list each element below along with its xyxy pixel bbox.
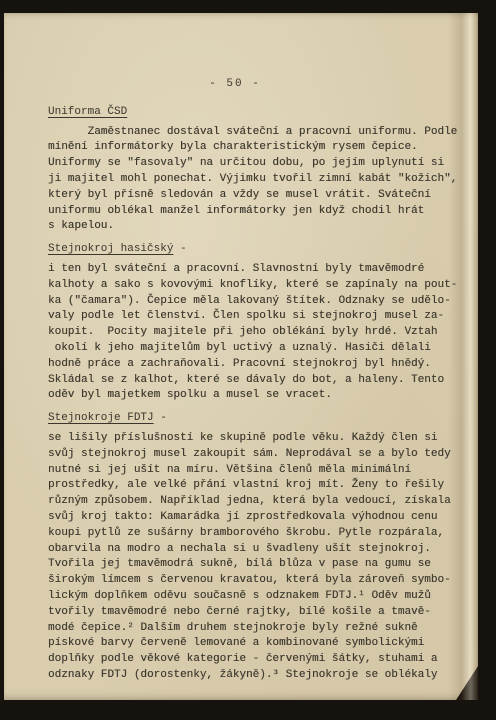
text-line: i ten byl sváteční a pracovní. Slavnostn… — [48, 262, 452, 278]
text-line: širokým límcem s červenou kravatou, kter… — [48, 573, 452, 589]
text-line: lickým doplňkem oděvu současně s odznake… — [48, 589, 452, 605]
text-line: ka ("čamara"). Čepice měla lakovaný štít… — [48, 294, 452, 310]
text-line: mínění informátorky byla charakteristick… — [48, 140, 452, 156]
section-heading-suffix: - — [154, 412, 167, 424]
section-stejnokroj-hasicsky: Stejnokroj hasičský - i ten byl sváteční… — [48, 242, 452, 404]
text-line: pískové barvy červeně lemované a kombino… — [48, 636, 452, 652]
text-line: valy podle let členství. Člen spolku si … — [48, 309, 452, 325]
text-line: tvořily tmavěmodré nebo černé rajtky, bí… — [48, 605, 452, 621]
text-line: modé čepice.² Dalším druhem stejnokroje … — [48, 621, 452, 637]
section-heading-text: Uniforma ČSD — [48, 106, 127, 118]
scanned-page: - 50 - Uniforma ČSD Zaměstnanec dostával… — [4, 13, 478, 700]
text-line: uniformu oblékal manžel informátorky jen… — [48, 204, 452, 220]
text-line: koupit. Pocity majitele při jeho oblékán… — [48, 325, 452, 341]
text-line: hodně práce a zachraňovali. Pracovní ste… — [48, 357, 452, 373]
page-corner-cut — [456, 666, 478, 700]
section-body: se lišily příslušností ke skupině podle … — [48, 431, 452, 684]
text-line: ji majitel mohl ponechat. Výjimku tvořil… — [48, 172, 452, 188]
text-line: obarvila na modro a nechala si u švadlen… — [48, 542, 452, 558]
text-line: prostředky, ale velké přání vlastní kroj… — [48, 478, 452, 494]
text-line: který byl přísně sledován a vždy se muse… — [48, 188, 452, 204]
section-heading-suffix: - — [173, 243, 186, 255]
text-line: koupi pytlů ze sušárny bramborového škro… — [48, 526, 452, 542]
text-line: s kapelou. — [48, 219, 452, 235]
text-line: se lišily příslušností ke skupině podle … — [48, 431, 452, 447]
text-line: Tvořila jej tmavěmodrá sukně, bílá blůza… — [48, 557, 452, 573]
text-line: nutné si jej ušít na míru. Většina členů… — [48, 463, 452, 479]
section-heading: Uniforma ČSD — [48, 105, 452, 121]
section-heading-text: Stejnokroje FDTJ — [48, 412, 154, 424]
section-uniforma-csd: Uniforma ČSD Zaměstnanec dostával sváteč… — [48, 105, 452, 235]
section-heading-text: Stejnokroj hasičský — [48, 243, 173, 255]
section-body: i ten byl sváteční a pracovní. Slavnostn… — [48, 262, 452, 404]
section-heading: Stejnokroj hasičský - — [48, 242, 452, 258]
text-line: Zaměstnanec dostával sváteční a pracovní… — [48, 125, 452, 141]
text-line: kalhoty a sako s kovovými knoflíky, kter… — [48, 278, 452, 294]
text-line: oděv byl majetkem spolku a musel se vrac… — [48, 388, 452, 404]
text-line: různým způsobem. Například jedna, která … — [48, 494, 452, 510]
text-line: svůj kroj takto: Kamarádka jí zprostředk… — [48, 510, 452, 526]
section-body: Zaměstnanec dostával sváteční a pracovní… — [48, 125, 452, 236]
text-line: svůj stejnokroj musel zakoupit sám. Nepr… — [48, 447, 452, 463]
text-line: odznaky FDTJ (dorostenky, žákyně).³ Stej… — [48, 668, 452, 684]
page-number: - 50 - — [48, 77, 422, 93]
text-line: okolí k jeho majitelům byl uctivý a uzna… — [48, 341, 452, 357]
text-line: Uniformy se "fasovaly" na určitou dobu, … — [48, 156, 452, 172]
section-heading: Stejnokroje FDTJ - — [48, 411, 452, 427]
text-line: Skládal se z kalhot, které se dávaly do … — [48, 373, 452, 389]
text-line: doplňky podle věkové kategorie - červený… — [48, 652, 452, 668]
section-stejnokroje-fdtj: Stejnokroje FDTJ - se lišily příslušnost… — [48, 411, 452, 684]
